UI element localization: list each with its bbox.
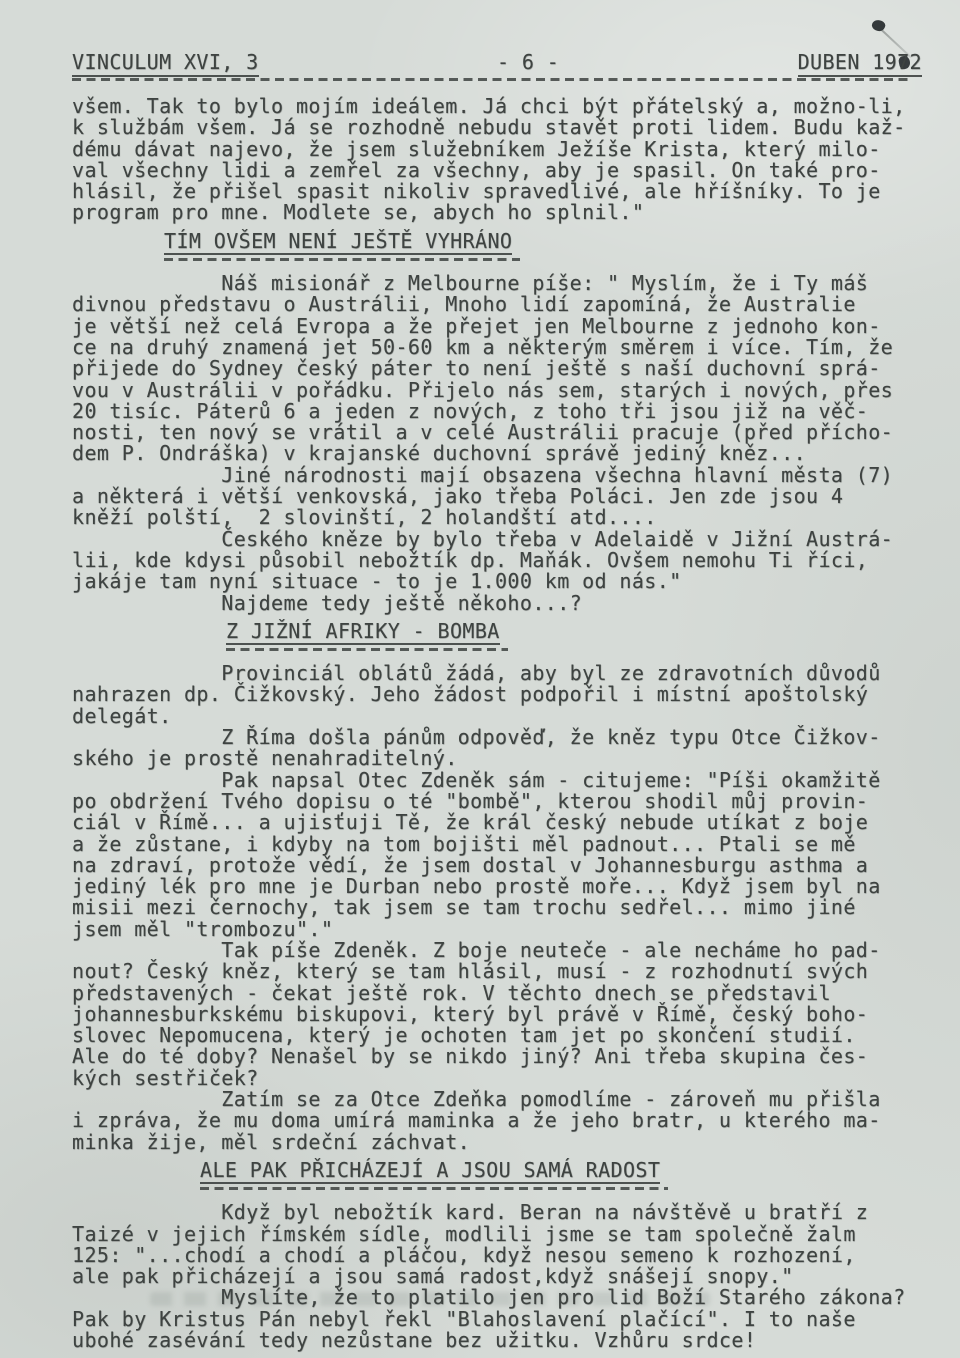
text-line: hlásil, že přišel spasit nikoliv spraved… (72, 181, 922, 202)
text-line: Zatím se za Otce Zdeňka pomodlíme - záro… (72, 1089, 922, 1110)
text-line: představených - čekat ještě rok. V těcht… (72, 983, 922, 1004)
text-line: kých sestřiček? (72, 1068, 922, 1089)
text-line: Najdeme tedy ještě někoho...? (72, 593, 922, 614)
text-line: ciál v Římě... a ujisťuji Tě, že král če… (72, 812, 922, 833)
text-line: Ale do té doby? Nenašel by se nikdo jiný… (72, 1046, 922, 1067)
heading-dashed-underline (164, 258, 520, 261)
text-line: dem P. Ondráška) v krajanské duchovní sp… (72, 443, 922, 464)
text-line: Českého kněze by bylo třeba v Adelaidě v… (72, 529, 922, 550)
text-line: 20 tisíc. Páterů 6 a jeden z nových, z t… (72, 401, 922, 422)
text-line: misii mezi černochy, tak jsem se tam tro… (72, 897, 922, 918)
text-line: 125: "...chodí a chodí a pláčou, když ne… (72, 1245, 922, 1266)
text-line: na zdraví, protože vědí, že jsem dostal … (72, 855, 922, 876)
text-line: delegát. (72, 706, 922, 727)
text-line: ského je prostě nenahraditelný. (72, 748, 922, 769)
text-line: slovec Nepomucena, který je ochoten tam … (72, 1025, 922, 1046)
text-line: nahrazen dp. Čižkovský. Jeho žádost podp… (72, 684, 922, 705)
section-heading: Z JIŽNÍ AFRIKY - BOMBA (226, 619, 500, 651)
paragraph: všem. Tak to bylo mojím ideálem. Já chci… (72, 96, 922, 224)
paragraph: Když byl nebožtík kard. Beran na návštěv… (72, 1202, 922, 1351)
section-heading-text: Z JIŽNÍ AFRIKY - BOMBA (226, 621, 500, 645)
text-line: Taizé v jejich římském sídle, modlili js… (72, 1224, 922, 1245)
paragraph: Náš misionář z Melbourne píše: " Myslím,… (72, 273, 922, 614)
section-heading-text: TÍM OVŠEM NENÍ JEŠTĚ VYHRÁNO (164, 231, 512, 255)
text-line: kněží polští, 2 slovinští, 2 holandští a… (72, 507, 922, 528)
text-line: minka žije, měl srdeční záchvat. (72, 1132, 922, 1153)
header-row: VINCULUM XVI, 3 - 6 - DUBEN 1972 (72, 50, 922, 77)
text-line: ale pak přicházejí a jsou samá radost,kd… (72, 1266, 922, 1287)
text-line: a některá i větší venkovská, jako třeba … (72, 486, 922, 507)
section-heading: TÍM OVŠEM NENÍ JEŠTĚ VYHRÁNO (164, 229, 512, 261)
text-line: ubohé zasévání tedy nezůstane bez užitku… (72, 1330, 922, 1351)
text-line: Myslíte, že to platilo jen pro lid Boží … (72, 1287, 922, 1308)
text-line: přijede do Sydney český páter to není je… (72, 358, 922, 379)
text-line: Náš misionář z Melbourne píše: " Myslím,… (72, 273, 922, 294)
text-line: dému dávat najevo, že jsem služebníkem J… (72, 139, 922, 160)
section-heading-text: ALE PAK PŘICHÁZEJÍ A JSOU SAMÁ RADOST (200, 1160, 660, 1184)
heading-dashed-underline (226, 648, 508, 651)
page-header: VINCULUM XVI, 3 - 6 - DUBEN 1972 (72, 50, 922, 81)
scanned-newsletter-page: VINCULUM XVI, 3 - 6 - DUBEN 1972 všem. T… (0, 0, 960, 1358)
text-line: lii, kde kdysi působil nebožtík dp. Maňá… (72, 550, 922, 571)
text-line: po obdržení Tvého dopisu o té "bombě", k… (72, 791, 922, 812)
text-line: Když byl nebožtík kard. Beran na návštěv… (72, 1202, 922, 1223)
text-line: divnou představu o Austrálii, Mnoho lidí… (72, 294, 922, 315)
text-line: všem. Tak to bylo mojím ideálem. Já chci… (72, 96, 922, 117)
text-line: Pak by Kristus Pán nebyl řekl "Blahoslav… (72, 1309, 922, 1330)
text-line: jsem měl "trombozu"." (72, 919, 922, 940)
page-number: - 6 - (259, 50, 798, 74)
text-line: a že zůstane, i kdyby na tom bojišti měl… (72, 834, 922, 855)
text-line: vou v Austrálii v pořádku. Přijelo nás s… (72, 380, 922, 401)
text-line: Pak napsal Otec Zdeněk sám - citujeme: "… (72, 770, 922, 791)
text-line: val všechny lidi a zemřel za všechny, ab… (72, 160, 922, 181)
text-line: program pro mne. Modlete se, abych ho sp… (72, 202, 922, 223)
newsletter-title: VINCULUM XVI, 3 (72, 50, 259, 77)
heading-dashed-underline (200, 1187, 668, 1190)
text-line: johannesburkskému biskupovi, který byl p… (72, 1004, 922, 1025)
text-line: nout? Český kněz, který se tam hlásil, m… (72, 961, 922, 982)
text-line: jakáje tam nyní situace - to je 1.000 km… (72, 571, 922, 592)
text-line: Z Říma došla pánům odpověď, že kněz typu… (72, 727, 922, 748)
text-line: nosti, ten nový se vrátil a v celé Austr… (72, 422, 922, 443)
header-dashed-rule (72, 78, 912, 81)
text-line: k službám všem. Já se rozhodně nebudu st… (72, 117, 922, 138)
document-body: všem. Tak to bylo mojím ideálem. Já chci… (72, 96, 922, 1351)
page-content: VINCULUM XVI, 3 - 6 - DUBEN 1972 všem. T… (0, 0, 960, 1351)
text-line: jediný lék pro mne je Durban nebo prostě… (72, 876, 922, 897)
paragraph: Provinciál oblátů žádá, aby byl ze zdrav… (72, 663, 922, 1153)
text-line: Jiné národnosti mají obsazena všechna hl… (72, 465, 922, 486)
text-line: ce na druhý znamená jet 50-60 km a někte… (72, 337, 922, 358)
issue-date: DUBEN 1972 (798, 50, 922, 77)
text-line: je větší než celá Evropa a že přejet jen… (72, 316, 922, 337)
section-heading: ALE PAK PŘICHÁZEJÍ A JSOU SAMÁ RADOST (200, 1158, 660, 1190)
text-line: i zpráva, že mu doma umírá maminka a že … (72, 1110, 922, 1131)
